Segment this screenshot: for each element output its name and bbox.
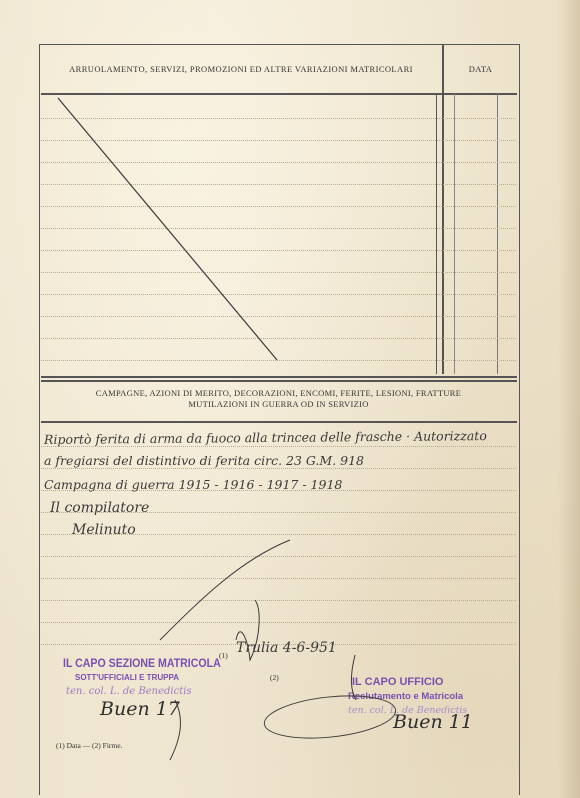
signature-loop [262,690,397,744]
cancel-diagonal-line [58,98,277,360]
pen-flourish-stroke [160,540,290,640]
signature-stroke [170,700,180,760]
pen-strokes [0,0,580,798]
signature-stroke [351,655,356,700]
pen-flourish-stroke [236,600,259,660]
